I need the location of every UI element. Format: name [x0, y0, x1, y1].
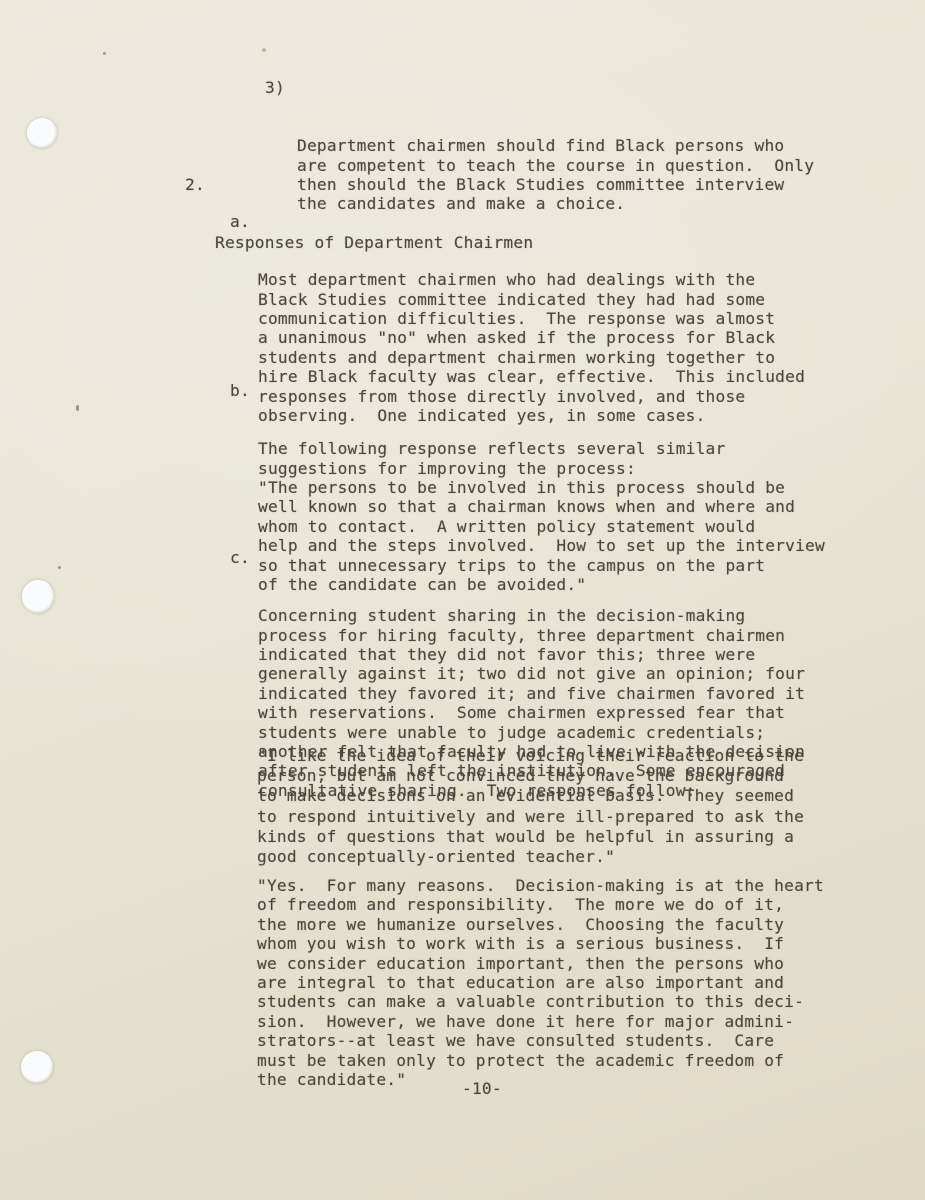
list-item-c-marker: c. [230, 548, 250, 567]
hole-punch-bottom [21, 1051, 53, 1083]
list-item-b-marker: b. [230, 381, 250, 400]
list-item-a-marker: a. [230, 212, 250, 231]
paper-speck [103, 52, 106, 55]
paper-speck [76, 405, 79, 411]
list-item-3-marker: 3) [265, 78, 285, 97]
document-page: 3) Department chairmen should find Black… [0, 0, 925, 1200]
paper-speck [262, 48, 266, 52]
paper-speck [58, 566, 61, 569]
page-number: -10- [462, 1079, 502, 1098]
quote-paragraph-2: "Yes. For many reasons. Decision-making … [257, 876, 824, 1089]
quote-paragraph-1: "I like the idea of their voicing their … [257, 746, 804, 867]
hole-punch-top [27, 118, 57, 148]
section-heading-2-marker: 2. [185, 175, 205, 194]
hole-punch-middle [22, 580, 54, 613]
